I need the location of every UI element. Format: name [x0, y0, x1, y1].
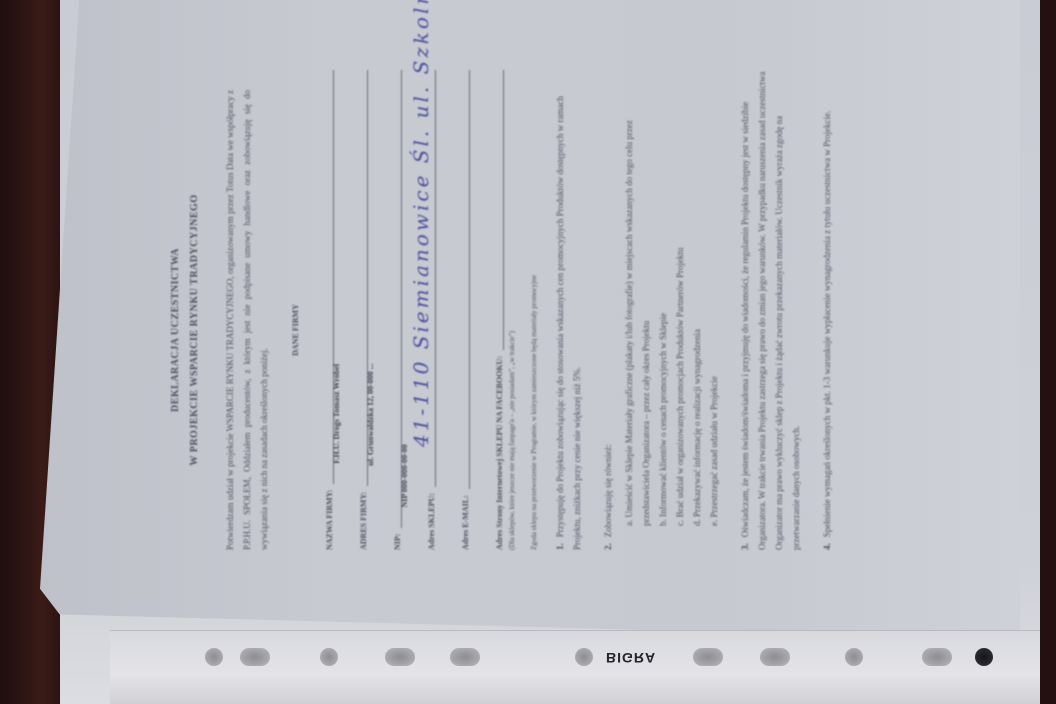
sublist-item: c. Brać udział w organizowanych promocja… — [672, 70, 689, 526]
field-label: Adres SKLEPU: — [427, 493, 436, 550]
field-nip: NIP: NIP 000-000-00-00 — [368, 70, 402, 550]
field-label: ADRES FIRMY: — [359, 492, 368, 550]
field-email: Adres E-MAIL: — [436, 70, 470, 550]
field-fill-line[interactable]: NIP 000-000-00-00 — [379, 70, 402, 528]
field-company-name: NAZWA FIRMY: F.H.U. Drogs Tomasz Wróbel — [300, 70, 334, 550]
field-fill-line[interactable] — [447, 70, 470, 489]
address-stamp: ul. Grunwaldzka 12, 00-000 ... — [366, 363, 375, 465]
document-title: DEKLARACJA UCZESTNICTWA — [170, 30, 181, 630]
nip-stamp: NIP 000-000-00-00 — [400, 444, 409, 507]
sleeve-brand-label: BIGRA — [606, 650, 656, 666]
document-subtitle: W PROJEKCIE WSPARCIE RYNKU TRADYCYJNEGO — [189, 30, 200, 630]
punch-hole — [240, 648, 270, 666]
rotated-document-content: DEKLARACJA UCZESTNICTWA W PROJEKCIE WSPA… — [110, 30, 1030, 630]
point-3: 3.Oświadczam, że jestem świadom/świadoma… — [737, 70, 805, 550]
punch-hole — [975, 648, 993, 666]
punch-hole — [450, 648, 480, 666]
point-1: 1.Przystępuję do Projektu zobowiązując s… — [552, 70, 586, 550]
field-fill-line[interactable]: 41-110 Siemianowice Śl. ul. Szkolna 1 — [413, 70, 436, 487]
punch-hole — [922, 648, 952, 666]
document-page: DEKLARACJA UCZESTNICTWA W PROJEKCIE WSPA… — [40, 0, 1020, 640]
field-fill-line[interactable]: ul. Grunwaldzka 12, 00-000 ... — [345, 70, 368, 486]
field-fill-line[interactable]: F.H.U. Drogs Tomasz Wróbel — [311, 70, 334, 484]
field-fill-line[interactable] — [481, 70, 504, 350]
field-facebook: Adres Strony Internetowej SKLEPU NA FACE… — [470, 70, 504, 550]
handwritten-shop-address: 41-110 Siemianowice Śl. ul. Szkolna 1 — [409, 0, 433, 447]
consent-note: Zgoda sklepu na przetworzenie w Programi… — [530, 70, 538, 550]
punch-hole — [845, 648, 863, 666]
section-heading-company-data: DANE FIRMY — [291, 30, 300, 630]
punch-hole — [205, 648, 223, 666]
punch-hole — [575, 648, 593, 666]
punch-hole — [760, 648, 790, 666]
field-note: (Dla sklepów, które jeszcze nie mają fan… — [508, 70, 516, 550]
field-label: Adres E-MAIL: — [461, 495, 470, 550]
punch-hole — [693, 648, 723, 666]
sleeve-binding-strip — [110, 630, 1040, 704]
field-label: NAZWA FIRMY: — [325, 490, 334, 550]
field-label: Adres Strony Internetowej SKLEPU NA FACE… — [495, 356, 504, 550]
punch-hole — [320, 648, 338, 666]
sublist-item: b. Informować klientów o cenach promocyj… — [655, 70, 672, 526]
point-2-sublist: a. Umieścić w Sklepie Materiały graficzn… — [621, 70, 723, 526]
punch-hole — [385, 648, 415, 666]
sublist-item: e. Przestrzegać zasad udziału w Projekci… — [706, 70, 723, 526]
field-company-address: ADRES FIRMY: ul. Grunwaldzka 12, 00-000 … — [334, 70, 368, 550]
sublist-item: a. Umieścić w Sklepie Materiały graficzn… — [621, 70, 655, 526]
sublist-item: d. Przekazywać informację o realizacji w… — [689, 70, 706, 526]
intro-paragraph: Potwierdzam udział w projekcie WSPARCIE … — [222, 90, 273, 550]
field-label: NIP: — [393, 534, 402, 550]
company-stamp: F.H.U. Drogs Tomasz Wróbel — [332, 364, 341, 464]
point-2: 2.Zobowiązuję się również: a. Umieścić w… — [600, 70, 723, 550]
point-4: 4.Spełnienie wymagań określonych w pkt. … — [819, 70, 836, 550]
